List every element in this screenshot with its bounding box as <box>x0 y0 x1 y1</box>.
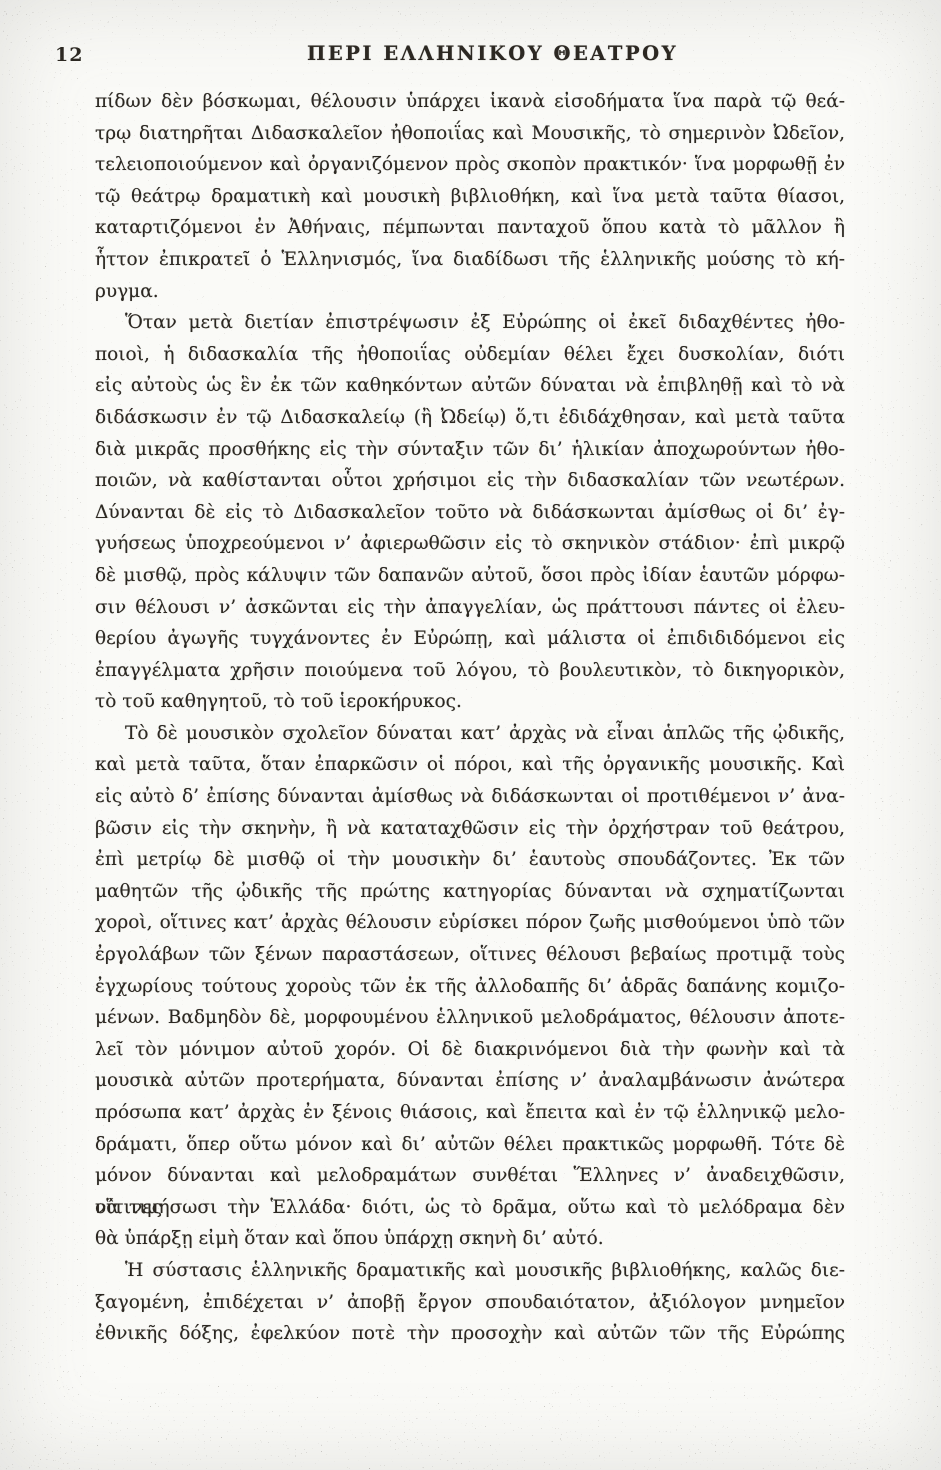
text-line: χοροὶ, οἵτινες κατ’ ἀρχὰς θέλουσιν εὑρίσ… <box>95 907 845 939</box>
text-line: τῷ θεάτρῳ δραματικὴ καὶ μουσικὴ βιβλιοθή… <box>95 181 845 213</box>
text-line: ρυγμα. <box>95 276 845 308</box>
text-line: θερίου ἀγωγῆς τυγχάνοντες ἐν Εὐρώπῃ, καὶ… <box>95 623 845 655</box>
page-header: 12 ΠΕΡΙ ΕΛΛΗΝΙΚΟΥ ΘΕΑΤΡΟΥ <box>0 42 941 72</box>
text-line: ξαγομένη, ἐπιδέχεται ν’ ἀποβῇ ἔργον σπου… <box>95 1287 845 1319</box>
text-line: ποιοὶ, ἡ διδασκαλία τῆς ἠθοποιΐας οὐδεμί… <box>95 339 845 371</box>
text-line: μένων. Βαδμηδὸν δὲ, μορφουμένου ἑλληνικο… <box>95 1002 845 1034</box>
text-line: ποιῶν, νὰ καθίστανται οὗτοι χρήσιμοι εἰς… <box>95 465 845 497</box>
text-line: εἰς αὐτοὺς ὡς ἓν ἐκ τῶν καθηκόντων αὐτῶν… <box>95 370 845 402</box>
paragraph: Ἡ σύστασις ἑλληνικῆς δραματικῆς καὶ μουσ… <box>95 1255 845 1350</box>
text-line: μόνον δύνανται καὶ μελοδραμάτων συνθέται… <box>95 1160 845 1192</box>
text-line: θὰ ὑπάρξῃ εἰμὴ ὅταν καὶ ὅπου ὑπάρχῃ σκην… <box>95 1223 845 1255</box>
text-line: ἐργολάβων τῶν ξένων παραστάσεων, οἵτινες… <box>95 939 845 971</box>
text-line: Δύνανται δὲ εἰς τὸ Διδασκαλεῖον τοῦτο νὰ… <box>95 497 845 529</box>
paragraph: Ὅταν μετὰ διετίαν ἐπιστρέψωσιν ἐξ Εὐρώπη… <box>95 307 845 718</box>
text-line: τρῳ διατηρῆται Διδασκαλεῖον ἠθοποιΐας κα… <box>95 118 845 150</box>
text-line: διδάσκωσιν ἐν τῷ Διδασκαλείῳ (ἢ Ὠδείῳ) ὅ… <box>95 402 845 434</box>
text-line: Τὸ δὲ μουσικὸν σχολεῖον δύναται κατ’ ἀρχ… <box>95 718 845 750</box>
text-line: Ἡ σύστασις ἑλληνικῆς δραματικῆς καὶ μουσ… <box>95 1255 845 1287</box>
text-line: δὲ μισθῷ, πρὸς κάλυψιν τῶν δαπανῶν αὐτοῦ… <box>95 560 845 592</box>
scanned-book-page: 12 ΠΕΡΙ ΕΛΛΗΝΙΚΟΥ ΘΕΑΤΡΟΥ πίδων δὲν βόσκ… <box>0 0 941 1470</box>
text-line: καὶ μετὰ ταῦτα, ὅταν ἐπαρκῶσιν οἱ πόροι,… <box>95 749 845 781</box>
text-line: ἐπὶ μετρίῳ δὲ μισθῷ οἱ τὴν μουσικὴν δι’ … <box>95 844 845 876</box>
text-line: τελειοποιούμενον καὶ ὀργανιζόμενον πρὸς … <box>95 149 845 181</box>
text-line: πρόσωπα κατ’ ἀρχὰς ἐν ξένοις θιάσοις, κα… <box>95 1097 845 1129</box>
paragraph: πίδων δὲν βόσκωμαι, θέλουσιν ὑπάρχει ἱκα… <box>95 86 845 307</box>
text-line: γυήσεως ὑποχρεούμενοι ν’ ἀφιερωθῶσιν εἰς… <box>95 528 845 560</box>
text-line: δράματι, ὅπερ οὕτω μόνον καὶ δι’ αὐτῶν θ… <box>95 1129 845 1161</box>
paragraph: Τὸ δὲ μουσικὸν σχολεῖον δύναται κατ’ ἀρχ… <box>95 718 845 1255</box>
text-line: μουσικὰ αὐτῶν προτερήματα, δύνανται ἐπίσ… <box>95 1065 845 1097</box>
text-line: καταρτιζόμενοι ἐν Ἀθήναις, πέμπωνται παν… <box>95 212 845 244</box>
text-line: διὰ μικρᾶς προσθήκης εἰς τὴν σύνταξιν τῶ… <box>95 434 845 466</box>
text-line: βῶσιν εἰς τὴν σκηνὴν, ἢ νὰ καταταχθῶσιν … <box>95 813 845 845</box>
text-line: ἐπαγγέλματα χρῆσιν ποιούμενα τοῦ λόγου, … <box>95 655 845 687</box>
page-title: ΠΕΡΙ ΕΛΛΗΝΙΚΟΥ ΘΕΑΤΡΟΥ <box>22 42 941 65</box>
text-line: σιν θέλουσι ν’ ἀσκῶνται εἰς τὴν ἀπαγγελί… <box>95 592 845 624</box>
page-body: πίδων δὲν βόσκωμαι, θέλουσιν ὑπάρχει ἱκα… <box>95 86 845 1350</box>
text-line: πίδων δὲν βόσκωμαι, θέλουσιν ὑπάρχει ἱκα… <box>95 86 845 118</box>
text-line: ἧττον ἐπικρατεῖ ὁ Ἑλληνισμός, ἵνα διαδίδ… <box>95 244 845 276</box>
text-line: ἐθνικῆς δόξης, ἐφελκύον ποτὲ τὴν προσοχὴ… <box>95 1318 845 1350</box>
text-line: νὰ τιμήσωσι τὴν Ἑλλάδα· διότι, ὡς τὸ δρᾶ… <box>95 1192 845 1224</box>
text-line: εἰς αὐτὸ δ’ ἐπίσης δύνανται ἀμίσθως νὰ δ… <box>95 781 845 813</box>
text-line: λεῖ τὸν μόνιμον αὐτοῦ χορόν. Οἱ δὲ διακρ… <box>95 1034 845 1066</box>
text-line: τὸ τοῦ καθηγητοῦ, τὸ τοῦ ἱεροκήρυκος. <box>95 686 845 718</box>
text-line: μαθητῶν τῆς ᾠδικῆς τῆς πρώτης κατηγορίας… <box>95 876 845 908</box>
text-line: ἐγχωρίους τούτους χοροὺς τῶν ἐκ τῆς ἀλλο… <box>95 971 845 1003</box>
text-line: Ὅταν μετὰ διετίαν ἐπιστρέψωσιν ἐξ Εὐρώπη… <box>95 307 845 339</box>
